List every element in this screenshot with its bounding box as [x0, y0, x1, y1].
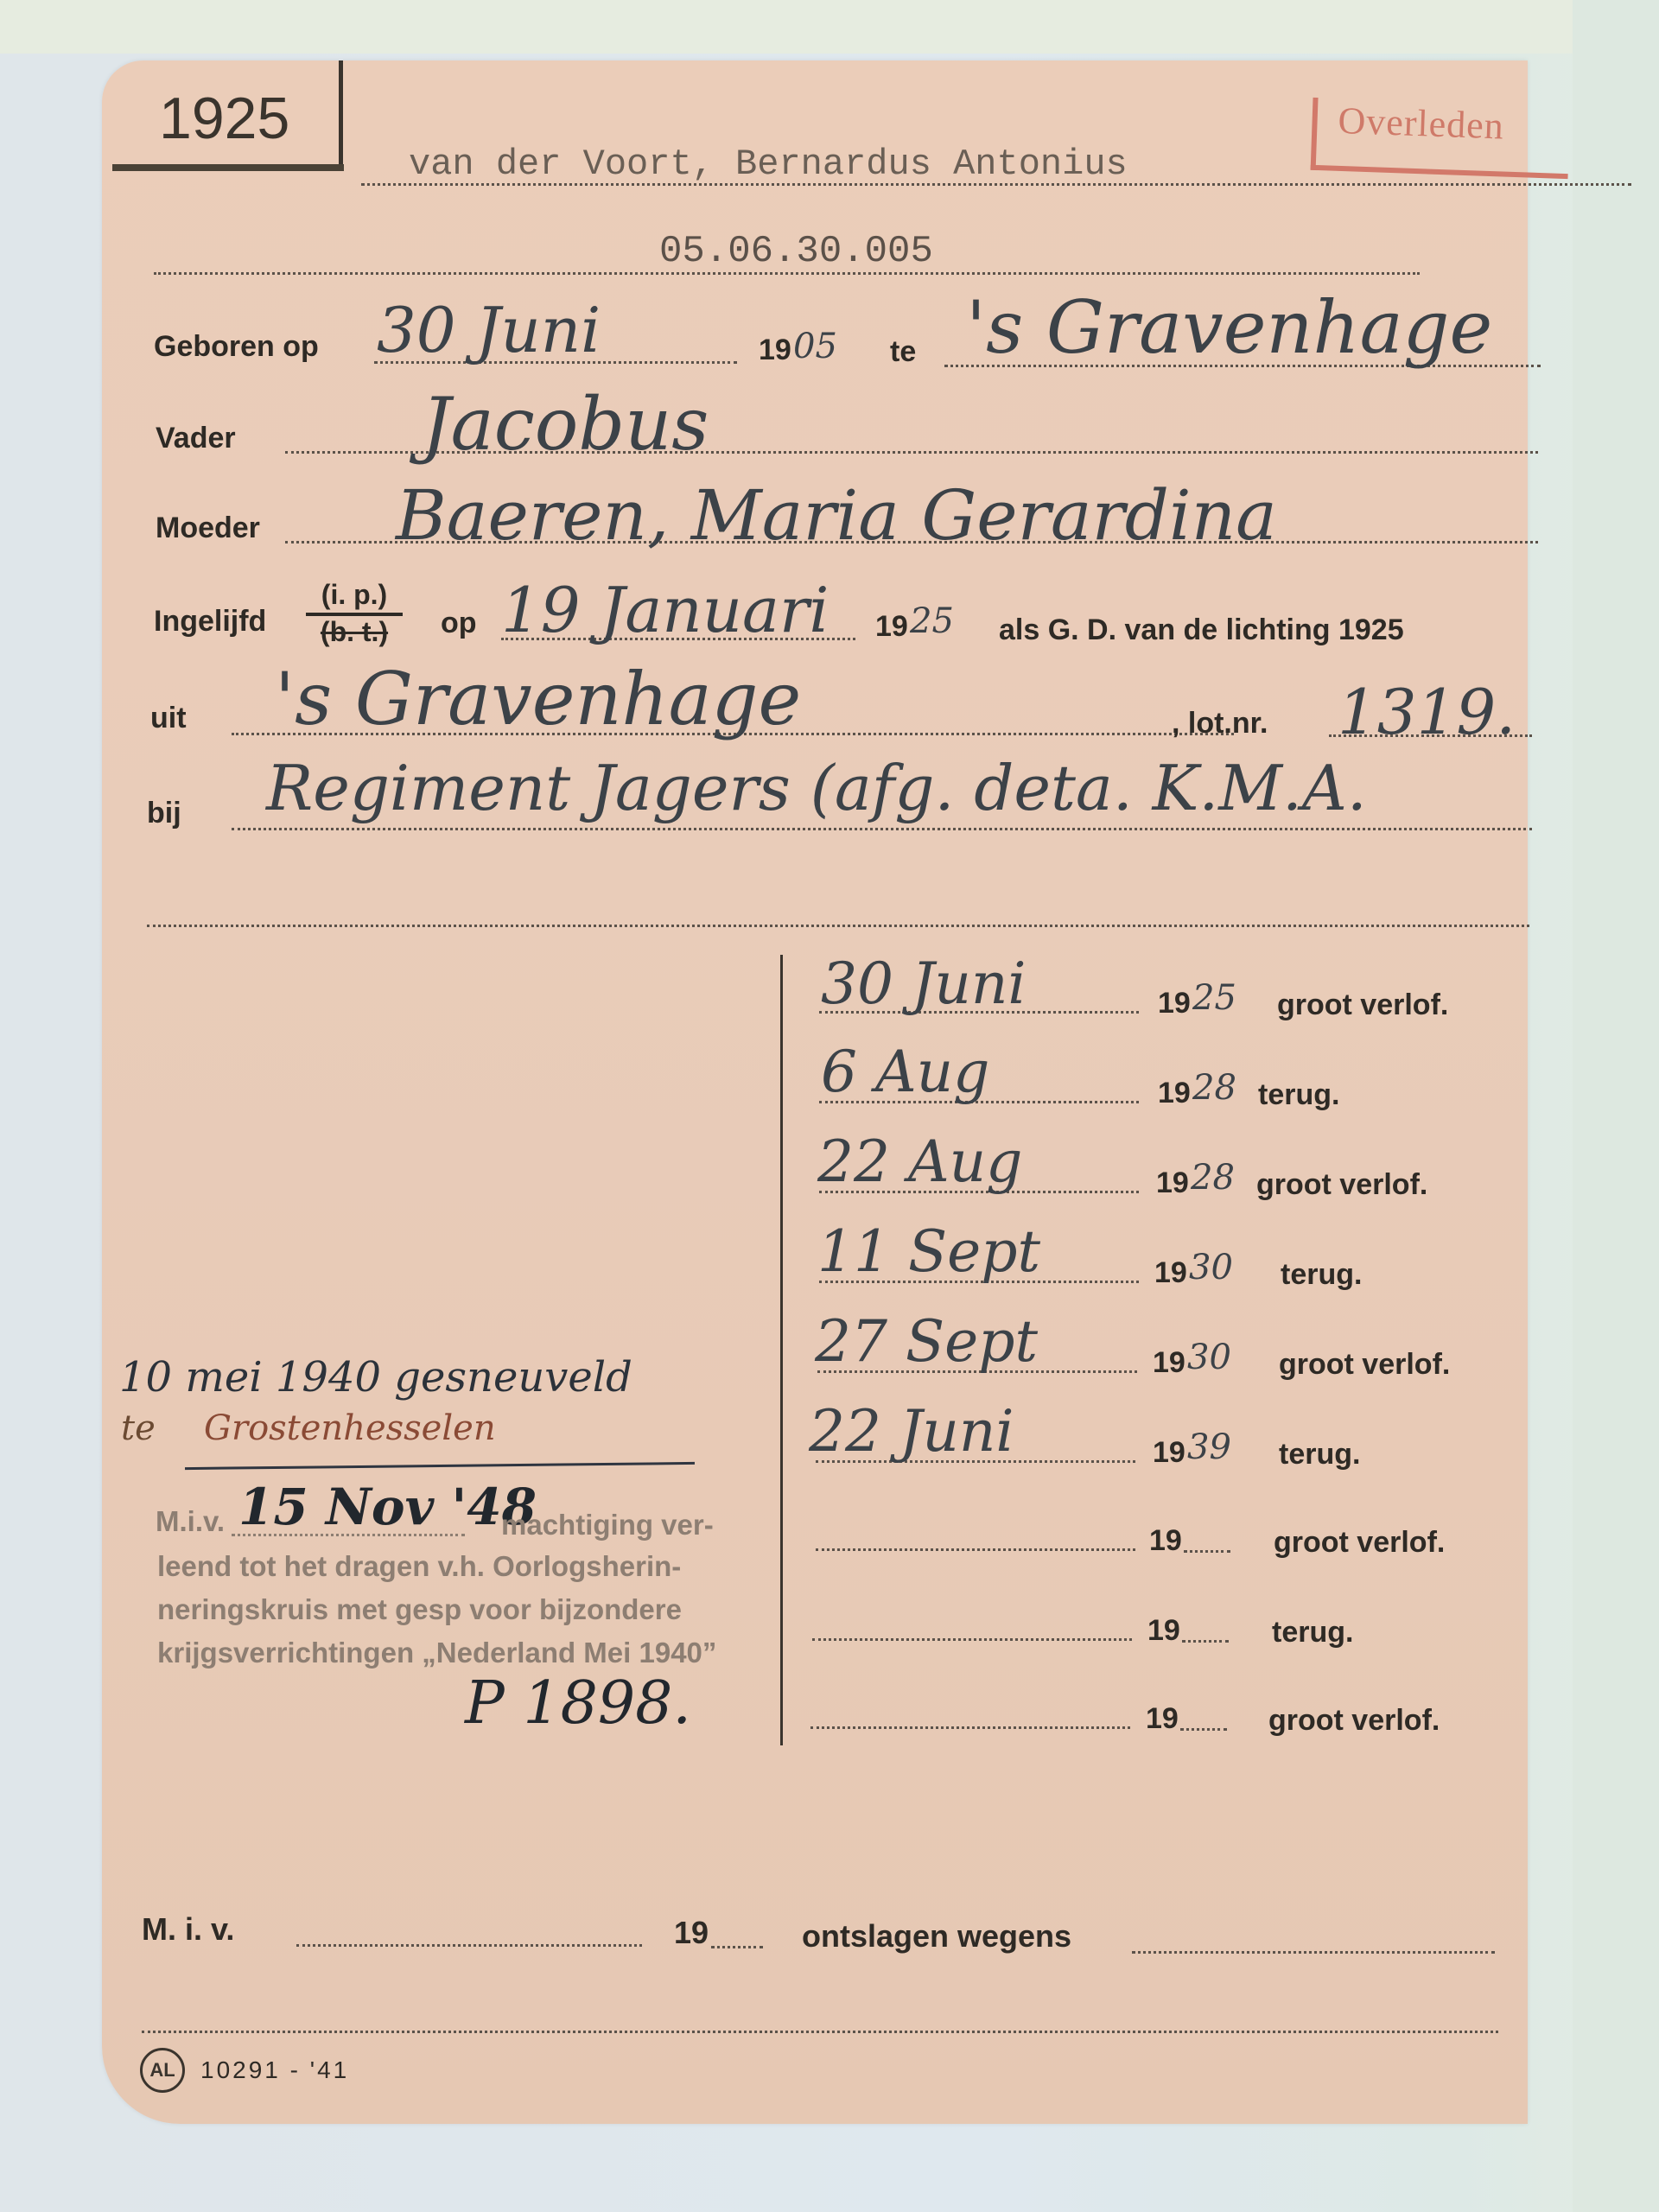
bij-extra-line [147, 925, 1529, 927]
log-year-prefix: 19 [1156, 1166, 1189, 1200]
log-date-line [816, 1548, 1135, 1551]
geboren-label: Geboren op [154, 330, 319, 364]
log-status: terug. [1281, 1258, 1362, 1292]
log-date-line [810, 1726, 1130, 1729]
background-top [0, 0, 1659, 54]
geboren-place-value: 's Gravenhage [966, 285, 1492, 370]
footer-miv-label: M. i. v. [142, 1911, 234, 1948]
fraction-ip: (i. p.) [306, 579, 403, 616]
log-date: 6 Aug [821, 1039, 989, 1105]
ingelijfd-fraction: (i. p.) (b. t.) [306, 579, 403, 648]
log-year-prefix: 19 [1149, 1524, 1182, 1558]
log-date: 22 Juni [809, 1398, 1014, 1465]
geboren-date-value: 30 Juni [377, 294, 601, 366]
geboren-year-prefix: 19 [759, 334, 791, 367]
log-year-line [1184, 1550, 1230, 1553]
form-number: 10291 - '41 [200, 2056, 349, 2084]
log-year-suffix: 25 [1192, 978, 1236, 1018]
ingelijfd-label: Ingelijfd [154, 605, 266, 639]
year-box: 1925 [107, 60, 343, 166]
uit-label: uit [150, 702, 187, 735]
vader-value: Jacobus [422, 382, 709, 467]
award-text-3: neringskruis met gesp voor bijzondere [157, 1593, 682, 1626]
bij-line [232, 828, 1532, 830]
ingelijfd-year-prefix: 19 [875, 610, 908, 644]
footer-ontslagen-line [1132, 1951, 1495, 1954]
award-text-2: leend tot het dragen v.h. Oorlogsherin- [157, 1550, 681, 1583]
te-label: te [890, 335, 916, 369]
log-year-line [1180, 1728, 1227, 1731]
fraction-bt: (b. t.) [306, 616, 403, 648]
log-year-suffix: 28 [1191, 1158, 1235, 1198]
log-year-prefix: 19 [1147, 1614, 1180, 1648]
name-line [361, 183, 1631, 186]
moeder-label: Moeder [156, 512, 260, 545]
award-miv: M.i.v. [156, 1505, 225, 1538]
number-line [154, 272, 1420, 275]
geboren-year-suffix: 05 [793, 327, 837, 366]
typed-name: van der Voort, Bernardus Antonius [409, 143, 1128, 185]
footer-year-prefix: 19 [674, 1915, 709, 1951]
footer-year-line [711, 1946, 763, 1948]
year-box-rule [112, 164, 344, 171]
deceased-stamp: Overleden [1311, 98, 1571, 179]
death-note-underline [185, 1462, 695, 1470]
log-year-prefix: 19 [1153, 1346, 1185, 1380]
column-divider [780, 955, 783, 1745]
moeder-value: Baeren, Maria Gerardina [396, 475, 1277, 556]
log-year-prefix: 19 [1154, 1256, 1187, 1290]
award-date: 15 Nov '48 [238, 1478, 537, 1536]
footer-miv-line [296, 1944, 642, 1947]
log-date-line [812, 1638, 1132, 1641]
lotnr-value: 1319. [1338, 676, 1516, 748]
log-year-prefix: 19 [1158, 987, 1191, 1020]
log-status: terug. [1258, 1078, 1339, 1112]
typed-number: 05.06.30.005 [659, 230, 933, 273]
log-status: groot verlof. [1274, 1526, 1445, 1560]
ingelijfd-year-suffix: 25 [910, 601, 954, 641]
log-status: groot verlof. [1279, 1348, 1450, 1382]
log-year-line [1182, 1640, 1229, 1643]
log-year-prefix: 19 [1153, 1436, 1185, 1470]
log-status: terug. [1272, 1616, 1353, 1649]
military-record-card: 1925 Overleden van der Voort, Bernardus … [102, 60, 1528, 2124]
printer-logo-icon: AL [140, 2048, 185, 2093]
log-date: 11 Sept [817, 1218, 1040, 1285]
log-date: 22 Aug [817, 1128, 1022, 1195]
log-year-suffix: 30 [1189, 1248, 1233, 1287]
log-status: groot verlof. [1256, 1168, 1427, 1202]
log-year-prefix: 19 [1146, 1702, 1179, 1736]
footer-ontslagen-label: ontslagen wegens [802, 1918, 1071, 1955]
vader-label: Vader [156, 422, 236, 455]
log-status: groot verlof. [1268, 1704, 1440, 1738]
log-status: groot verlof. [1277, 988, 1448, 1022]
lotnr-label: , lot.nr. [1172, 707, 1268, 741]
log-year-suffix: 30 [1187, 1338, 1231, 1377]
award-text-1: machtiging ver- [501, 1509, 714, 1541]
background-right [1573, 0, 1659, 2212]
deceased-stamp-text: Overleden [1338, 99, 1505, 149]
bij-label: bij [147, 797, 181, 830]
bij-value: Regiment Jagers (afg. deta. K.M.A. [266, 752, 1367, 824]
death-note-line1: 10 mei 1940 gesneuveld [119, 1353, 632, 1402]
lichting-text: als G. D. van de lichting 1925 [999, 613, 1404, 647]
log-year-suffix: 28 [1192, 1068, 1236, 1108]
death-note-te: te [121, 1408, 156, 1448]
log-year-prefix: 19 [1158, 1077, 1191, 1110]
op-label: op [441, 607, 477, 640]
death-note-place: Grostenhesselen [204, 1408, 496, 1448]
award-text-4: krijgsverrichtingen „Nederland Mei 1940” [157, 1637, 716, 1669]
log-date: 27 Sept [815, 1308, 1038, 1375]
ingelijfd-date-value: 19 Januari [501, 574, 829, 646]
log-date: 30 Juni [821, 950, 1027, 1017]
award-reference: P 1898. [465, 1669, 691, 1738]
log-year-suffix: 39 [1187, 1427, 1231, 1467]
footer-extra-line [142, 2031, 1498, 2033]
uit-value: 's Gravenhage [275, 657, 801, 741]
card-year: 1925 [159, 85, 289, 152]
log-status: terug. [1279, 1438, 1360, 1471]
